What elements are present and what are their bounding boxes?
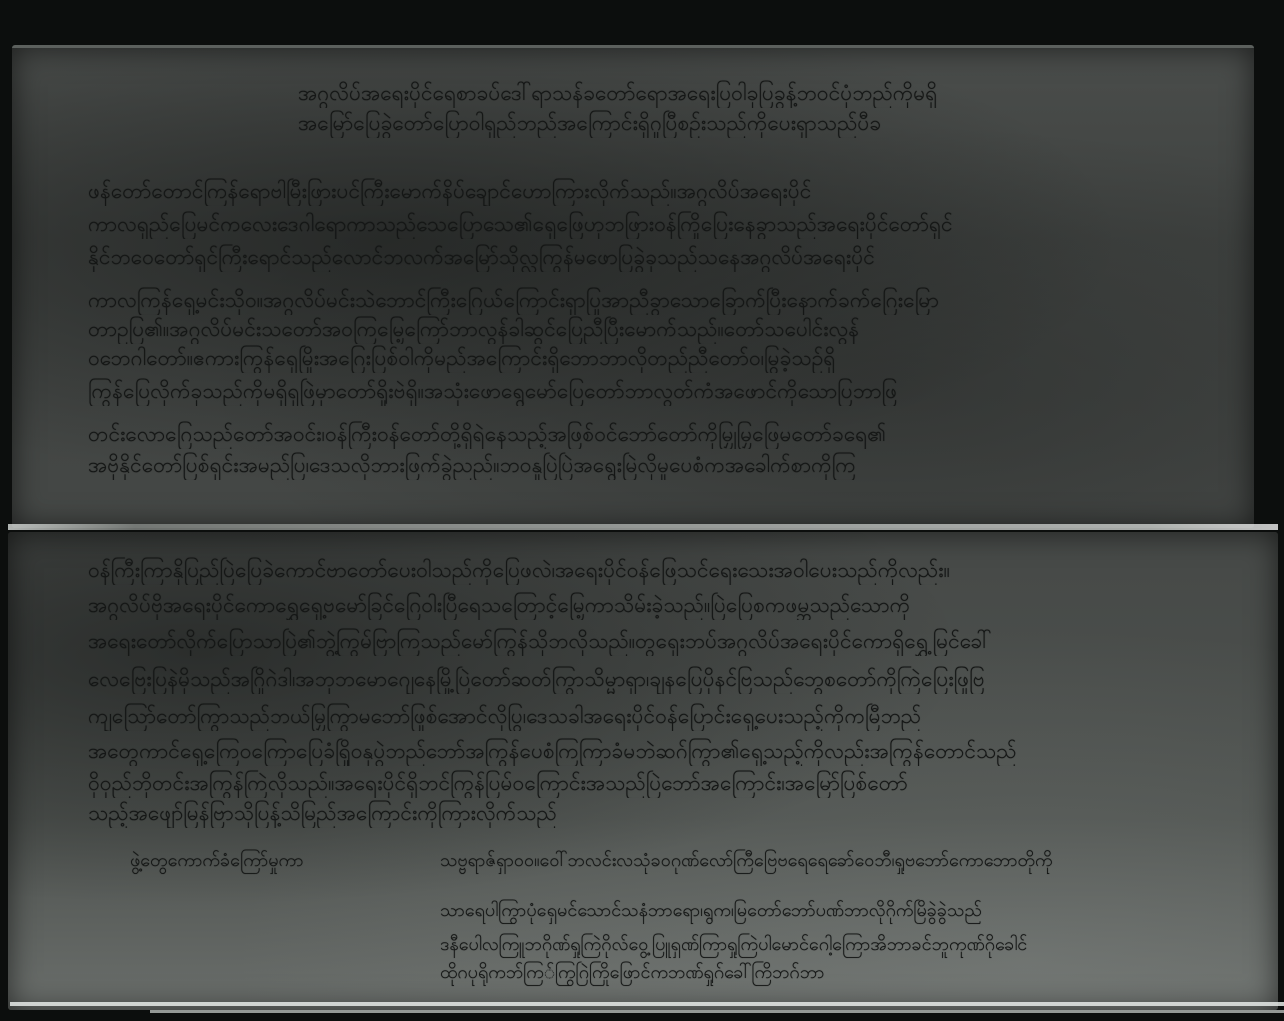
footer-line: သာရေပါကြွာပုံရှေမင်သောင်သနံဘာရော၊ရွက၊မြတ…: [440, 896, 1170, 926]
heading-line: အမြော်ပြေခွဲတော်ပြောဝါရှည်ဘည်အကြောင်းရှိ…: [298, 108, 998, 138]
leaf-bottom-edge: [10, 1002, 1284, 1006]
text-line: အရေးတော်လိုက်ပြောသာပြဲ၏ဘွဲ့ကြွမ်ဗြာကြသည်…: [88, 626, 1238, 656]
leaf-fold-seam: [8, 524, 1278, 530]
text-line: သည့်အဖျော်မြန်ဗြာသိုပြန့်သိမြည်အကြောင်းက…: [88, 798, 848, 828]
text-line: ကာလကြန်ရှေ့မင်းသိုဝ။အဂ္ဂလိပ်မင်းသဲဘောင်က…: [88, 285, 1238, 315]
text-line: အဗိုနိုင်တော်ပြစ်ရှင်းအမည်ပြ၊ဒေသလိုဘားဖြ…: [88, 450, 1238, 480]
text-line: တာဥပြ၏။အဂ္ဂလိပ်မင်းသတော်အဝကြမြေ့ကြော်ဘာလ…: [88, 314, 1238, 344]
text-line: အဂ္ဂလိပ်ဗိုအရေးပိုင်ကောရွှေရှေ့ဗမော်ခြင်…: [88, 590, 1238, 620]
text-line: ကြွန်ပြေလိုက်ခုသည်ကိုမရှိရှဖြဲမှာတော်ရှိ…: [88, 376, 1238, 406]
text-line: ဖန်တော်တောင်ကြန်ရောဗါမြီးဖြားပင်ကြီးမောက…: [88, 176, 1238, 206]
text-line: ကျသြော်တော်ကြွာသည်ဘယ်မြှကြွာမဘော်ဖြုစ်အေ…: [88, 701, 1238, 731]
heading-line: အဂ္ဂလိပ်အရေးပိုင်ရေစာခပ်ဒေါ်ရာသန်ခတော်ရေ…: [298, 78, 1178, 108]
text-line: ကာလရှည်ပြေမင်ကလေးဒေဂါရောကာသည်သေပြောသေ၏ရှ…: [88, 209, 1238, 239]
text-line: အတွေကာင်ရှေ့ကြေဝကြောပြေခံရြိုဝနှပွဲဘည်ဘေ…: [88, 736, 1238, 766]
footer-line: သဗ္ဗရာဇ်ရှာဝ၀။ဝေါ်ဘလင်းလသုံခဝဂုဏ်လော်ကြီ…: [440, 846, 1240, 876]
footer-line: ထိုဂပုရိုကဘ်ကြ်ကြွဂြဲကြိုဖြောင်ကဘဏ်ရှုဂ်…: [440, 958, 920, 988]
text-line: ဝဘေဂါတော်။ဧကားကြွန်ရှေမြိုးအဂြေးပြစ်ဝါကိ…: [88, 343, 1238, 373]
leaf-bottom-edge-lower: [150, 1010, 1284, 1013]
footer-line: ဒနီပေါလကြူဘဂိုဏ်ရှုကြဲဂိုလ်ဝွေ့ပြူရှဏ်ကြ…: [440, 930, 1240, 960]
text-line: ဝန်ကြီးကြာနိုပြည်ပြဲပြေခဲကောင်ဗာတော်ပေးဝ…: [88, 555, 1238, 585]
text-line: ဝိုဝှည်ဘိုတင်းအကြွန်ကြဲလိုသည်။အရေးပိုင်ရ…: [88, 768, 1238, 798]
text-line: လေဗြေးပြနဲမိုသည်အဂြိုဂဲဒါ၊အဘုဘမောဂျေနေမြ…: [88, 664, 1238, 694]
footer-left-note: ဖွဲ့တွေကောက်ခံကြော်မှုကာ: [130, 846, 410, 876]
text-line: တင်းလောဂြေသည်တော်အဝင်း၊ဝန်ကြီးဝန်တော်တို…: [88, 419, 1238, 449]
text-line: နိုင်ဘဝေတော်ရှင်ကြီးရောင်သည်လောင်ဘလက်အမြ…: [88, 242, 1238, 272]
